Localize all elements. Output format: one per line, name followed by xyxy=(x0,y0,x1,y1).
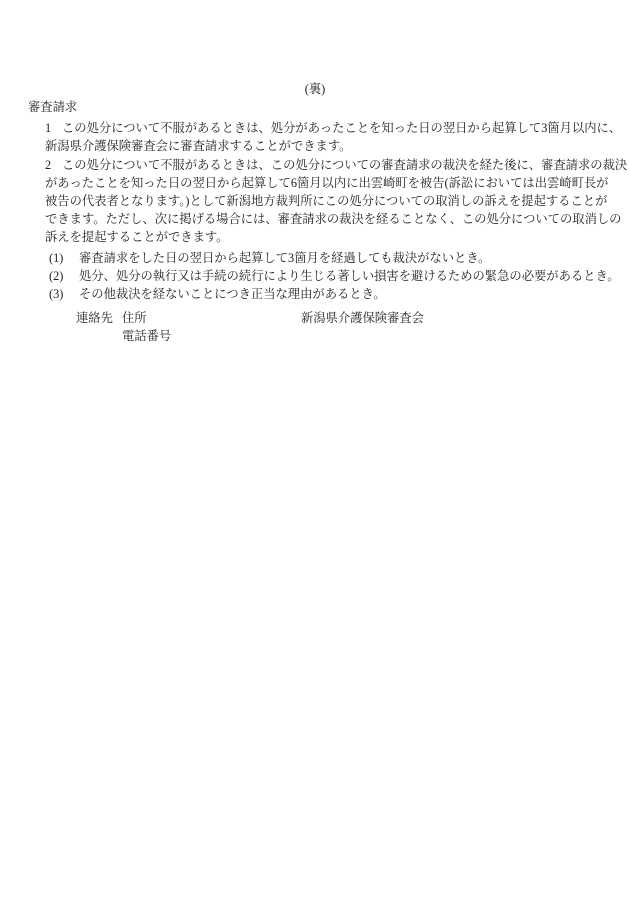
sub-item-2-number: (2) xyxy=(49,269,79,284)
item-2-line-3: 被告の代表者となります。)として新潟地方裁判所にこの処分についての取消しの訴えを… xyxy=(45,194,607,209)
page-side-label: (裏) xyxy=(0,82,630,97)
item-2-line-5: 訴えを提起することができます。 xyxy=(45,230,228,245)
document-page: (裏) 審査請求 1この処分について不服があるときは、処分があったことを知った日… xyxy=(0,0,630,915)
item-2-line-4: できます。ただし、次に掲げる場合には、審査請求の裁決を経ることなく、この処分につ… xyxy=(45,212,621,227)
sub-item-3: (3)その他裁決を経ないことにつき正当な理由があるとき。 xyxy=(49,287,386,302)
sub-item-2-text: 処分、処分の執行又は手続の続行により生じる著しい損害を避けるための緊急の必要があ… xyxy=(79,269,620,283)
sub-item-3-number: (3) xyxy=(49,287,79,302)
sub-item-1-number: (1) xyxy=(49,251,79,266)
contact-label: 連絡先 xyxy=(76,311,113,326)
contact-address-value: 新潟県介護保険審査会 xyxy=(301,311,424,326)
item-2-line-1: 2この処分について不服があるときは、この処分についての審査請求の裁決を経た後に、… xyxy=(45,158,627,173)
item-1-text: この処分について不服があるときは、処分があったことを知った日の翌日から起算して3… xyxy=(62,121,621,135)
sub-item-1-text: 審査請求をした日の翌日から起算して3箇月を経過しても裁決がないとき。 xyxy=(79,251,490,265)
sub-item-1: (1)審査請求をした日の翌日から起算して3箇月を経過しても裁決がないとき。 xyxy=(49,251,490,266)
contact-phone-label: 電話番号 xyxy=(122,329,171,344)
item-1-line-1: 1この処分について不服があるときは、処分があったことを知った日の翌日から起算して… xyxy=(45,121,621,136)
item-1-line-2: 新潟県介護保険審査会に審査請求することができます。 xyxy=(45,139,351,154)
item-2-number: 2 xyxy=(45,158,62,173)
item-1-number: 1 xyxy=(45,121,62,136)
sub-item-2: (2)処分、処分の執行又は手続の続行により生じる著しい損害を避けるための緊急の必… xyxy=(49,269,620,284)
sub-item-3-text: その他裁決を経ないことにつき正当な理由があるとき。 xyxy=(79,287,386,301)
contact-address-label: 住所 xyxy=(122,311,147,326)
section-title: 審査請求 xyxy=(28,100,77,115)
item-2-line-2: があったことを知った日の翌日から起算して6箇月以内に出雲崎町を被告(訴訟において… xyxy=(45,176,608,191)
item-2-text: この処分について不服があるときは、この処分についての審査請求の裁決を経た後に、審… xyxy=(62,158,627,172)
